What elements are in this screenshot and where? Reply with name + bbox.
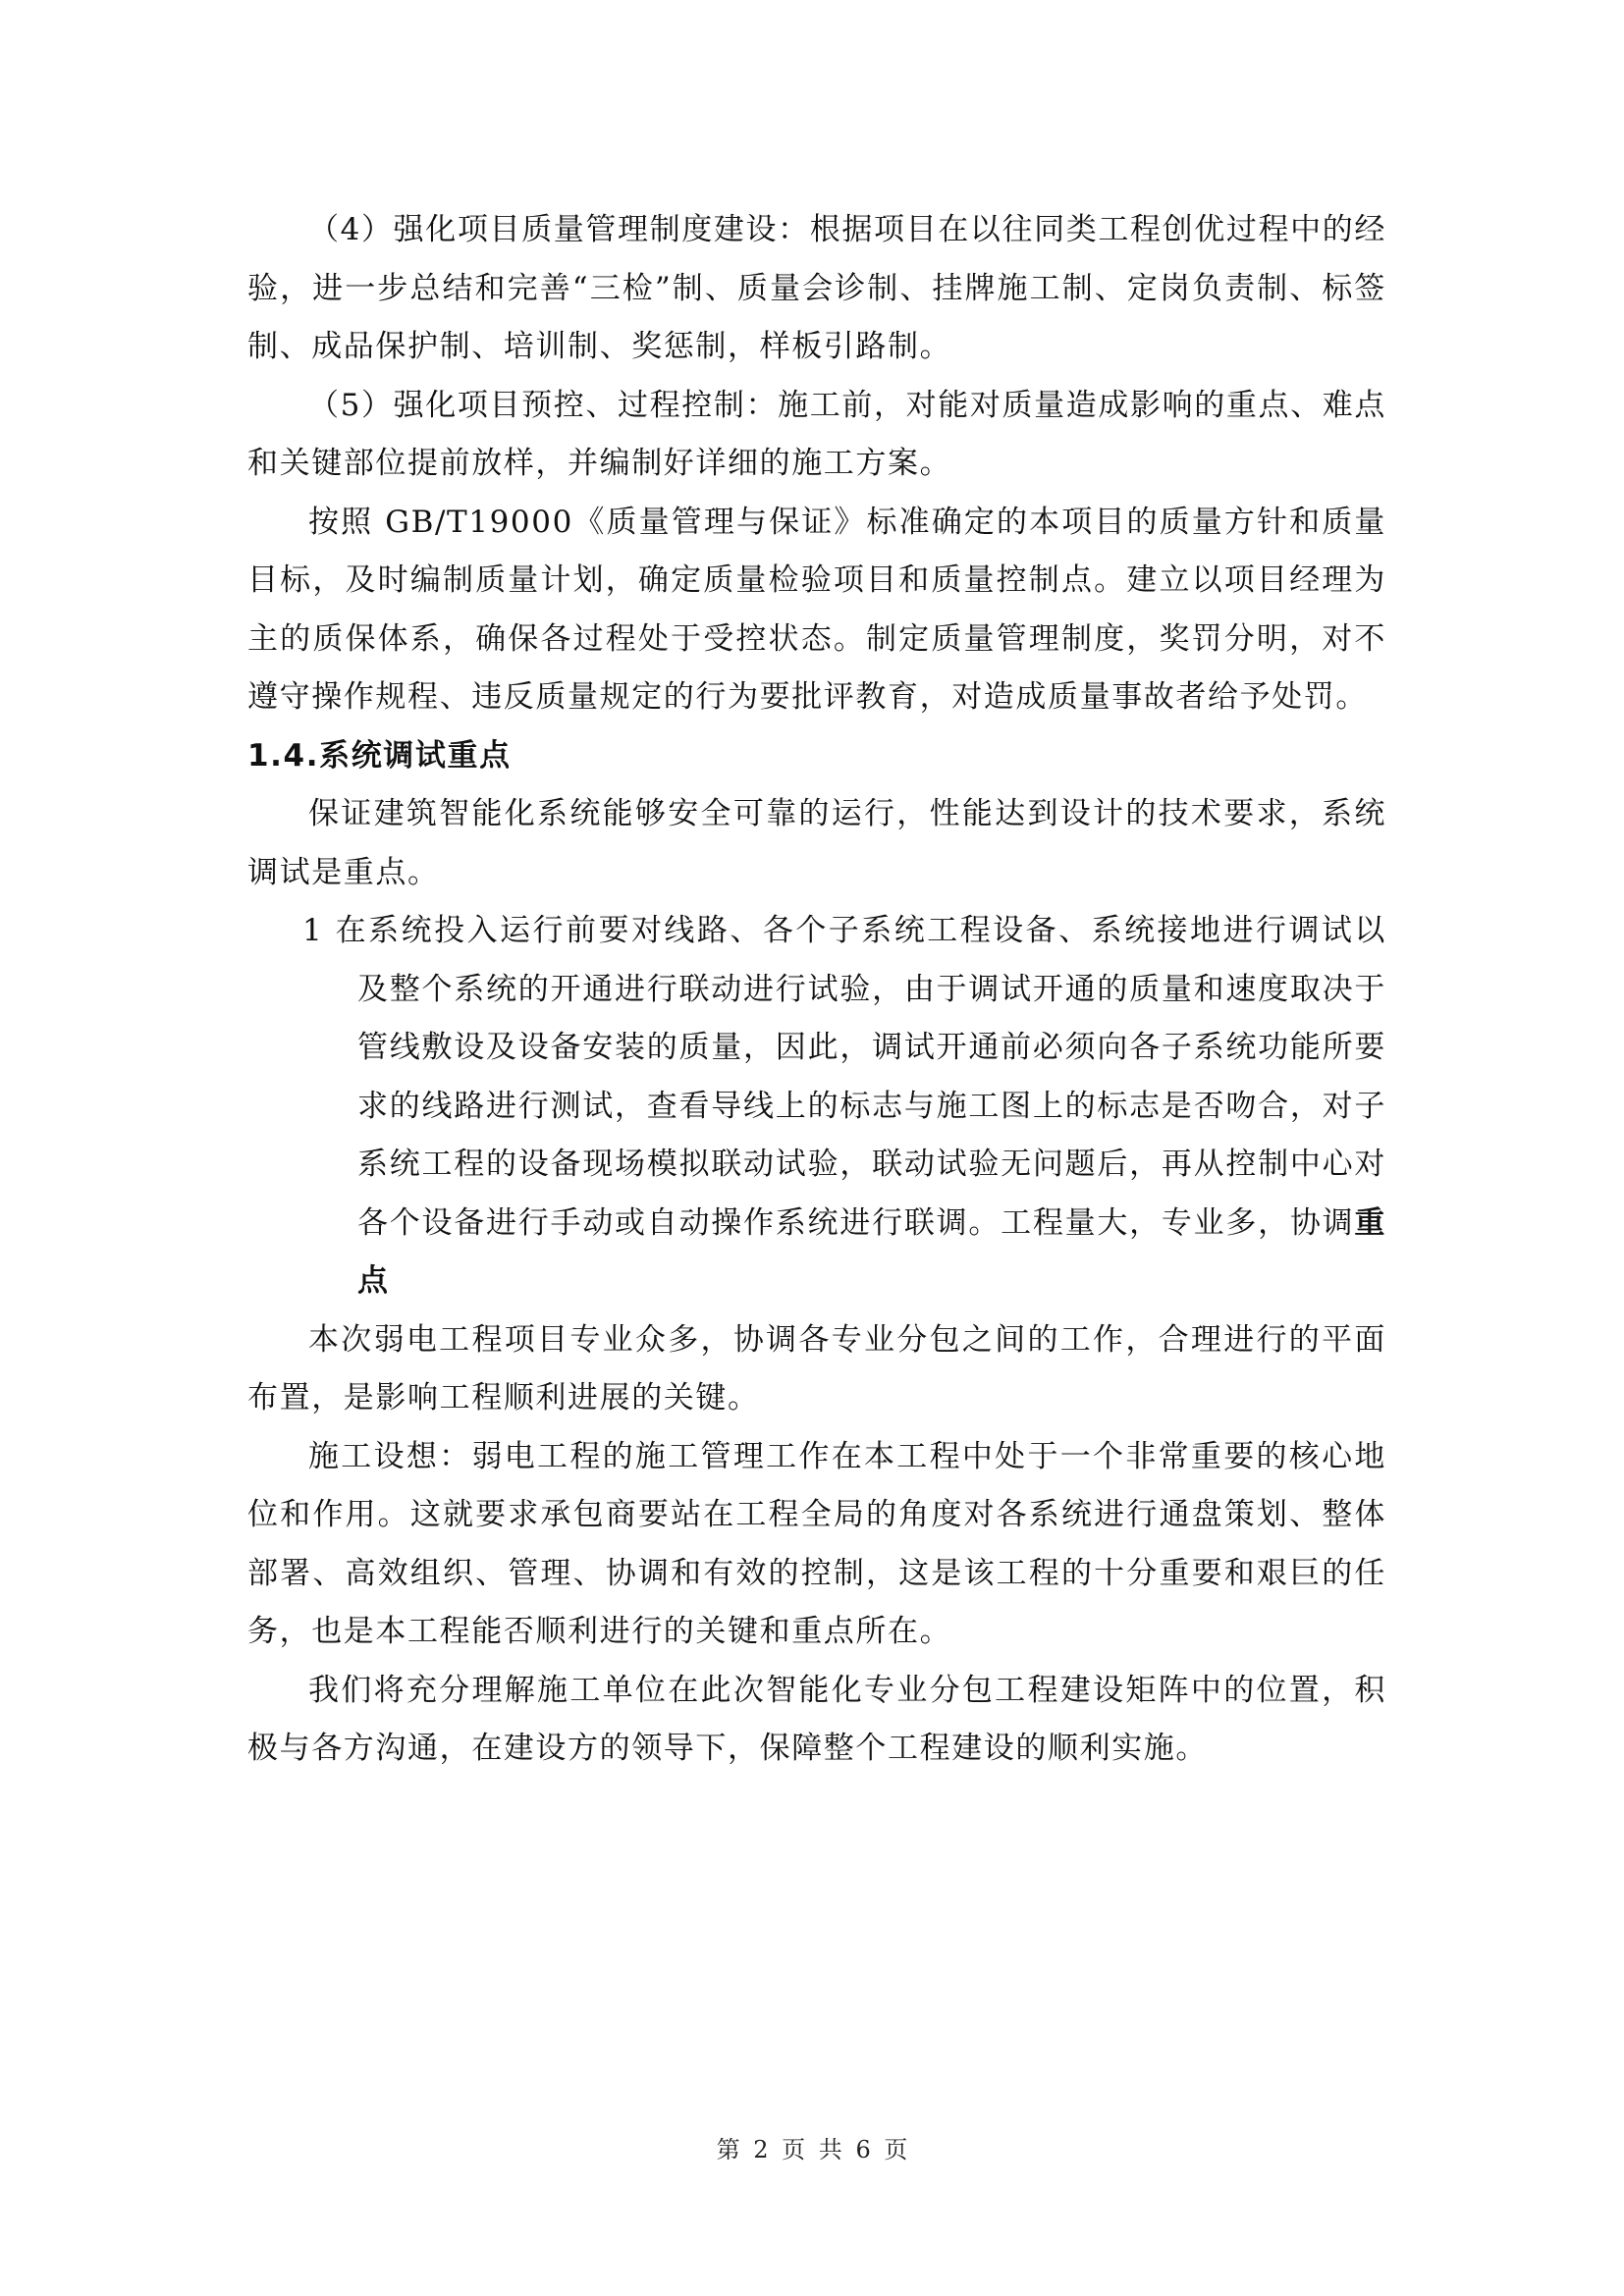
paragraph-process-control: （5）强化项目预控、过程控制：施工前，对能对质量造成影响的重点、难点和关键部位提… [247,377,1386,494]
paragraph-quality-system: （4）强化项目质量管理制度建设：根据项目在以往同类工程创优过程中的经验，进一步总… [247,201,1386,377]
paragraph-commitment: 我们将充分理解施工单位在此次智能化专业分包工程建设矩阵中的位置，积极与各方沟通，… [247,1662,1386,1779]
paragraph-gb-standard: 按照 GB/T19000《质量管理与保证》标准确定的本项目的质量方针和质量目标，… [247,494,1386,727]
paragraph-coordination: 本次弱电工程项目专业众多，协调各专业分包之间的工作，合理进行的平面布置，是影响工… [247,1311,1386,1428]
document-page: （4）强化项目质量管理制度建设：根据项目在以往同类工程创优过程中的经验，进一步总… [247,201,1386,1779]
paragraph-construction-concept: 施工设想：弱电工程的施工管理工作在本工程中处于一个非常重要的核心地位和作用。这就… [247,1428,1386,1662]
list-item-text: 在系统投入运行前要对线路、各个子系统工程设备、系统接地进行调试以及整个系统的开通… [336,913,1386,1241]
page-number-footer: 第 2 页 共 6 页 [0,2130,1624,2164]
section-intro: 保证建筑智能化系统能够安全可靠的运行，性能达到设计的技术要求，系统调试是重点。 [247,785,1386,902]
section-heading: 1.4.系统调试重点 [247,727,1386,786]
list-number: 1 [302,913,323,948]
list-item: 1 在系统投入运行前要对线路、各个子系统工程设备、系统接地进行调试以及整个系统的… [247,902,1386,1311]
